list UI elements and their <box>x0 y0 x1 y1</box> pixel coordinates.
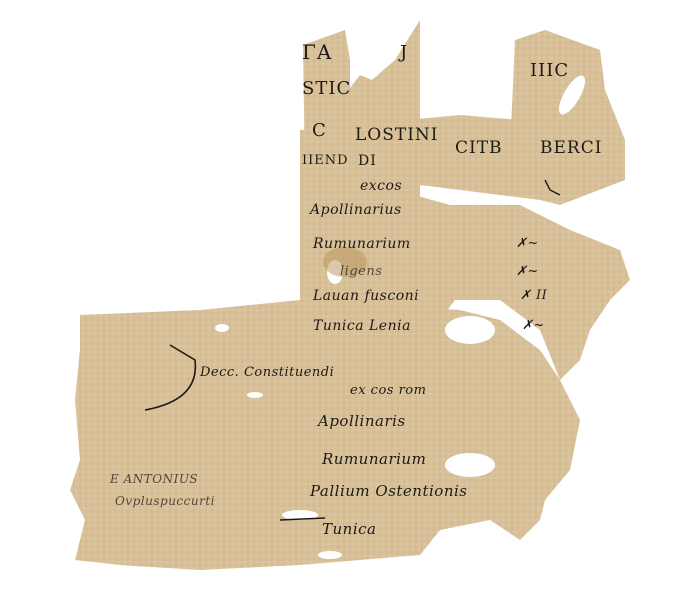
text-col1-l1: ΓA <box>302 40 332 64</box>
text-right-l3: BERCI <box>540 138 602 158</box>
text-col1-l2: STIC <box>302 78 351 99</box>
papyrus-hole <box>247 392 263 398</box>
text-line-d: Lauan fusconi <box>313 288 419 304</box>
text-excos-1: excos <box>360 178 402 194</box>
text-col1-l4: IIEND <box>302 153 349 168</box>
text-line-a: Apollinarius <box>310 202 402 218</box>
papyrus-hole <box>445 316 495 344</box>
text-numeral-2: ✗~ <box>516 264 539 279</box>
text-line-i: Tunica <box>322 520 376 538</box>
text-col1-l3: C <box>312 120 327 141</box>
text-mid-l3: CITB <box>455 138 503 158</box>
text-left-l2: Ovpluspuccurti <box>115 494 215 508</box>
papyrus-hole <box>215 324 229 332</box>
text-line-f: Apollinaris <box>318 412 406 430</box>
text-line-e: Tunica Lenia <box>313 318 411 334</box>
text-line-decc: Decc. Constituendi <box>200 365 334 380</box>
text-col2-l3: LOSTINI <box>355 125 439 145</box>
text-line-g: Rumunarium <box>322 450 426 468</box>
papyrus-hole <box>445 453 495 477</box>
text-numeral-1: ✗~ <box>516 236 539 251</box>
text-numeral-3: ✗ II <box>520 288 547 303</box>
text-line-c: ligens <box>340 264 382 279</box>
text-col2-l1: J <box>400 42 408 63</box>
text-excos-2: ex cos rom <box>350 383 426 398</box>
papyrus-hole <box>318 551 342 559</box>
text-line-b: Rumunarium <box>313 236 411 252</box>
text-numeral-4: ✗~ <box>522 318 545 333</box>
text-line-h: Pallium Ostentionis <box>310 482 467 500</box>
text-right-l1: IIIC <box>530 60 569 81</box>
text-left-l1: E ANTONIUS <box>110 472 198 486</box>
text-col2-l4: DI <box>358 153 377 169</box>
